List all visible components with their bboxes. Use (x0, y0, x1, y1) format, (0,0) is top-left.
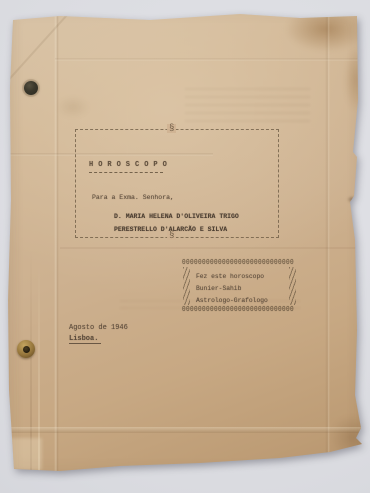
horoscope-title: H O R O S C O P O (89, 161, 167, 169)
place-line: Lisboa. (69, 335, 101, 344)
stain-bottom-right (330, 415, 370, 459)
title-underline (89, 172, 163, 173)
photo-background: § H O R O S C O P O Para a Exma. Senhora… (0, 0, 370, 493)
stamp-line-made-by: Fez este horoscopo (196, 273, 264, 280)
stamp-border-left-hatch (183, 267, 190, 305)
crease-horizontal-bottom (0, 427, 370, 433)
brass-fastener-bottom (17, 340, 35, 358)
tear-mark-right-edge (347, 196, 357, 203)
salutation: Para a Exma. Senhora, (92, 194, 174, 201)
crease-vertical-right (325, 0, 330, 493)
recipient-name-line1: D. MARIA HELENA D'OLIVEIRA TRIGO (114, 213, 239, 220)
underlying-sheet-edge (8, 438, 42, 470)
stain-left (56, 96, 90, 118)
crease-horizontal-top (55, 58, 370, 61)
crease-diagonal-top-left (3, 10, 71, 86)
paper-shadow: § H O R O S C O P O Para a Exma. Senhora… (0, 0, 370, 493)
section-mark-top: § (167, 124, 176, 133)
stain-top-right (285, 6, 367, 52)
stamp-line-astrologer-title: Astrologo-Grafologo (196, 297, 268, 304)
crease-horizontal-lower (60, 247, 370, 249)
stain-right-edge (344, 48, 368, 112)
stamp-line-astrologer-name: Bunier-Sahib (196, 285, 241, 292)
paper-sheet: § H O R O S C O P O Para a Exma. Senhora… (0, 0, 370, 493)
crease-vertical-left (54, 0, 59, 493)
address-box-border (75, 129, 279, 238)
punch-hole-top (24, 81, 38, 95)
date-line: Agosto de 1946 (69, 324, 128, 332)
stamp-border-right-hatch (289, 267, 296, 305)
section-mark-bottom: § (167, 231, 176, 240)
stamp-border-bottom: 0000000000000000000000000000 (182, 305, 294, 313)
stamp-border-top: 0000000000000000000000000000 (182, 258, 294, 266)
ink-bleed-through (185, 88, 310, 124)
